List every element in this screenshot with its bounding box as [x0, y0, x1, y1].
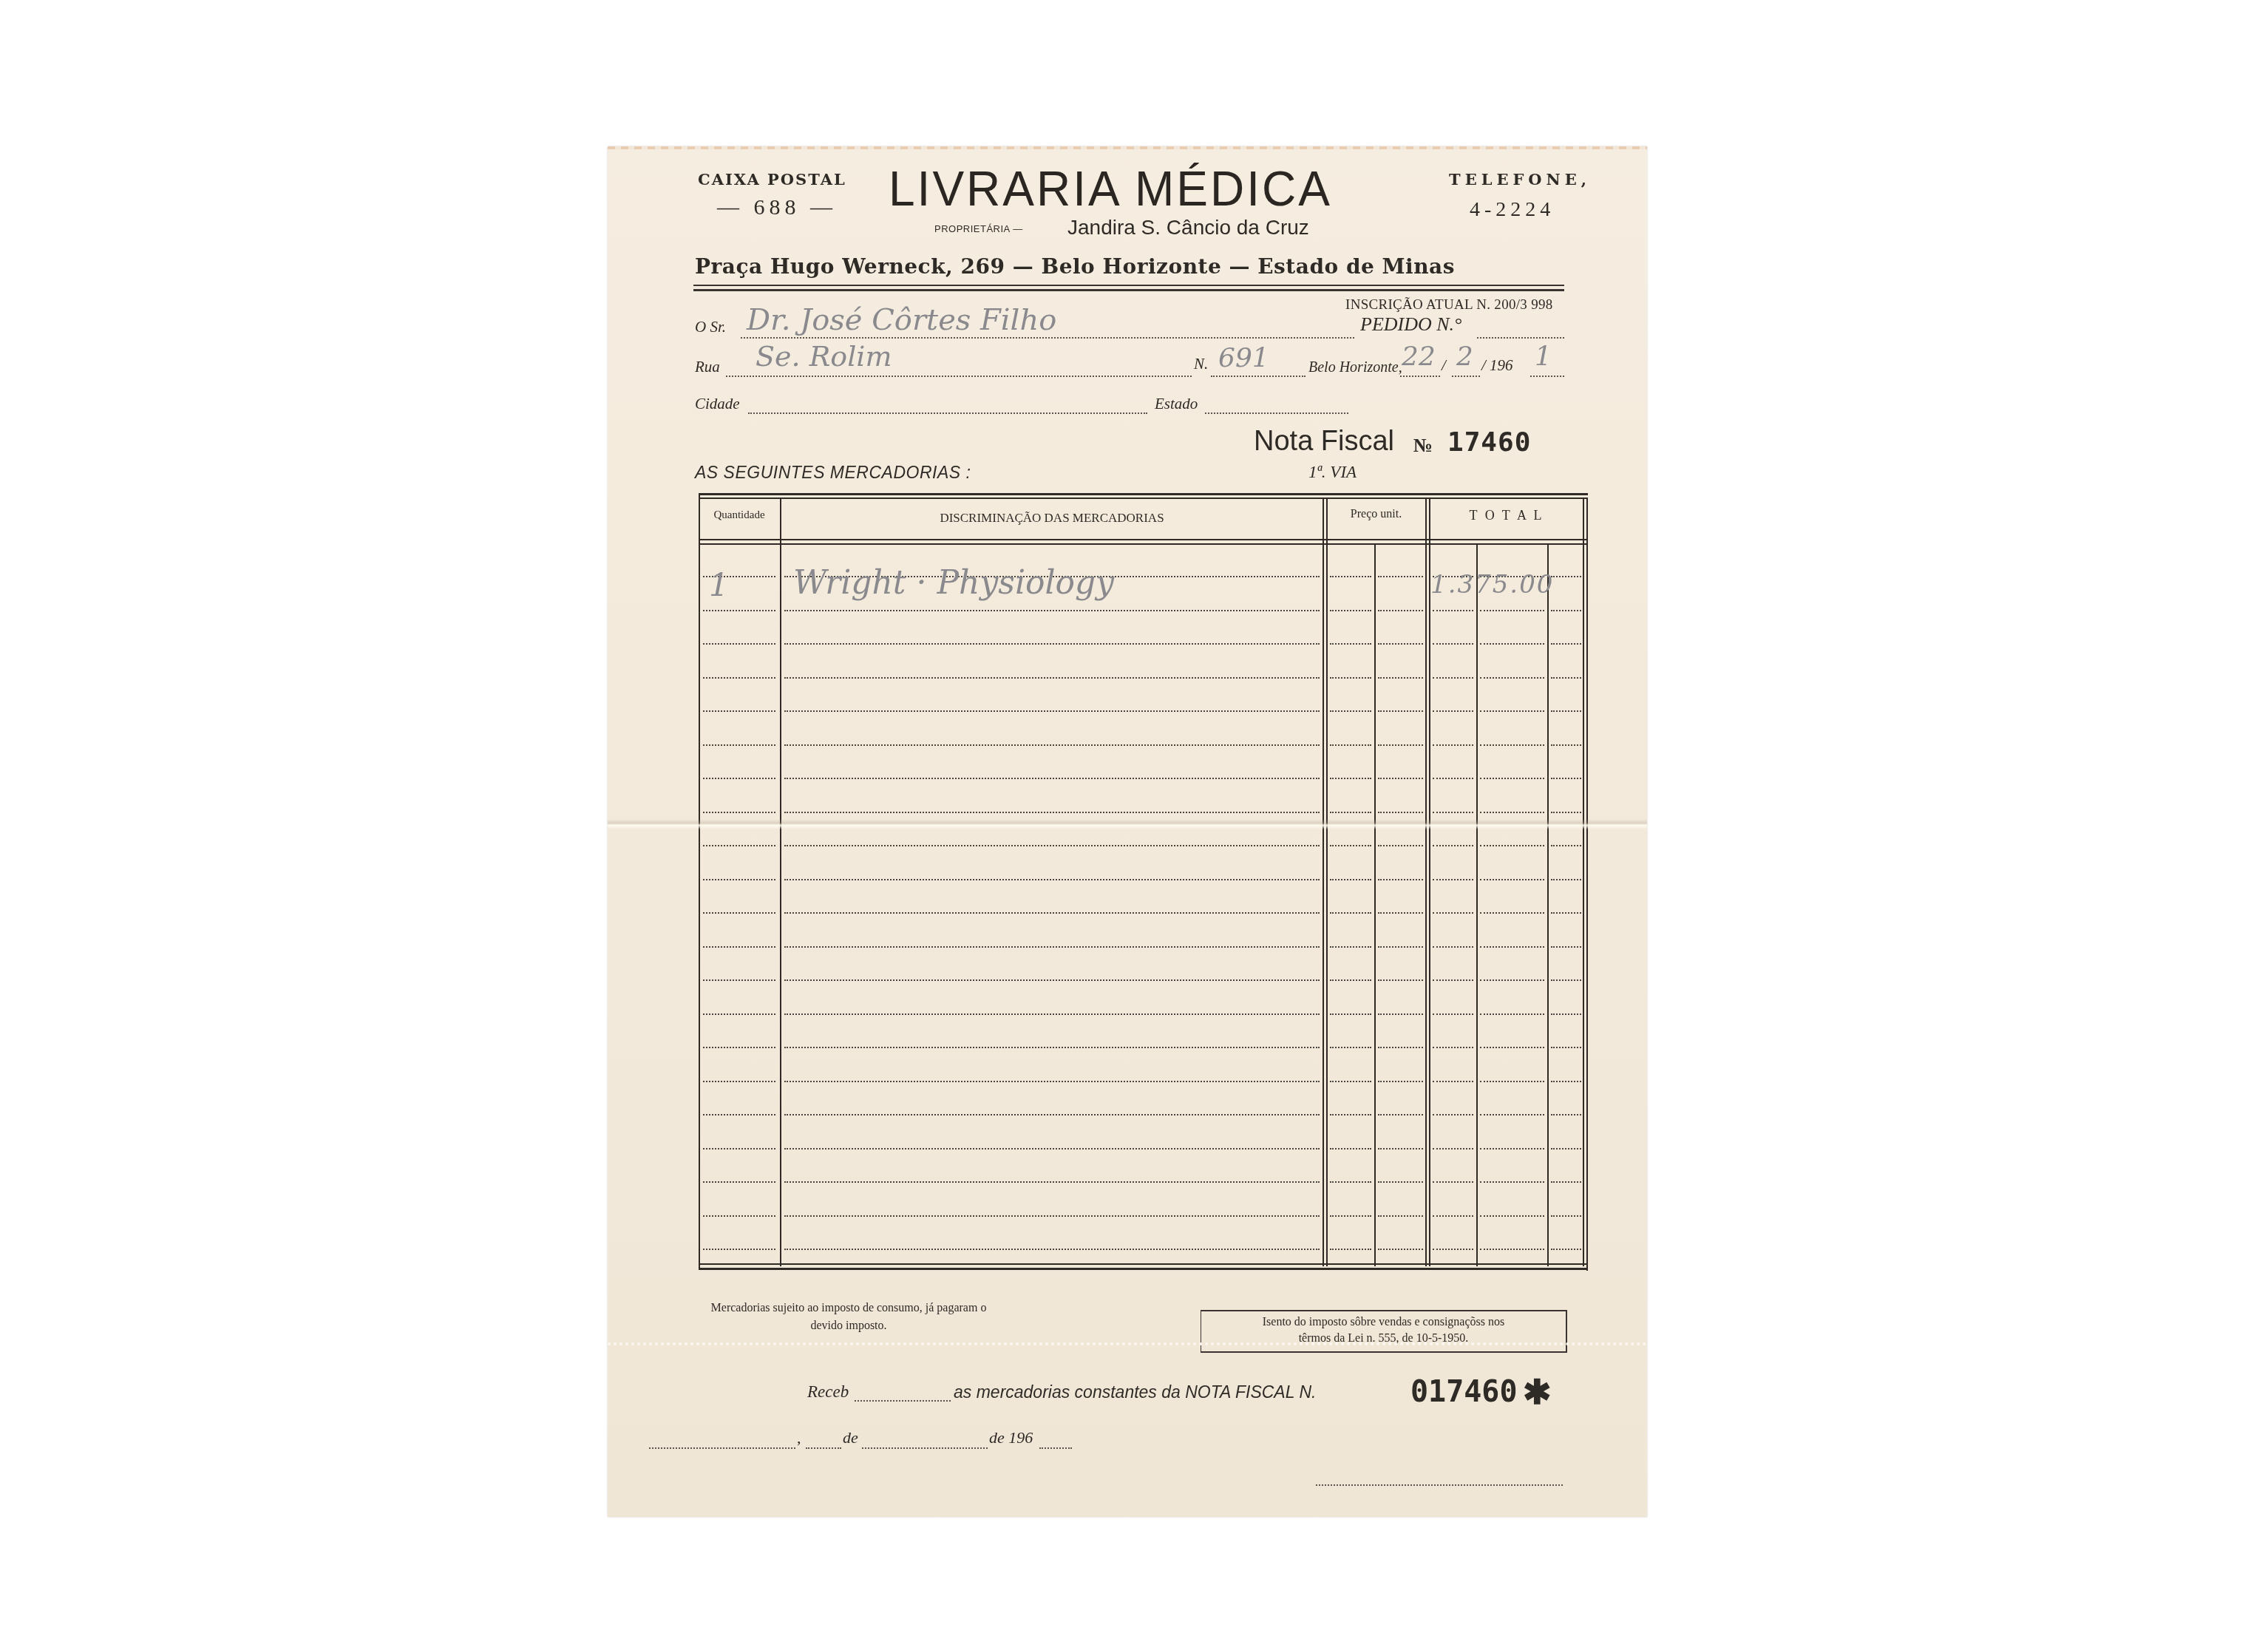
- proprietaria-name: Jandira S. Câncio da Cruz: [1067, 216, 1309, 240]
- table-row-rule: [703, 812, 775, 813]
- header-bottom-border: [699, 539, 1588, 540]
- col-divider-total-sub1: [1476, 543, 1478, 1266]
- table-row-rule: [703, 845, 775, 846]
- table-row-rule: [1480, 1047, 1544, 1048]
- table-row-rule: [784, 946, 1320, 948]
- table-row-rule: [1378, 812, 1423, 813]
- table-row-rule: [784, 1215, 1320, 1217]
- table-right-border-a: [1583, 498, 1584, 1266]
- pedido-label: PEDIDO N.°: [1360, 313, 1462, 336]
- nota-fiscal-label: Nota Fiscal: [1254, 426, 1394, 458]
- table-row-rule: [1433, 1215, 1473, 1217]
- table-row-rule: [784, 677, 1320, 679]
- table-row-rule: [1433, 1114, 1473, 1115]
- signature-line[interactable]: [1316, 1484, 1563, 1486]
- receb-field-line[interactable]: [855, 1400, 951, 1402]
- table-row-rule: [1433, 979, 1473, 981]
- table-left-border: [699, 493, 700, 1269]
- col-divider-desc-a: [1323, 498, 1324, 1266]
- table-row-rule: [1378, 1081, 1423, 1082]
- table-row-rule: [1480, 1215, 1544, 1217]
- table-row-rule: [1433, 1148, 1473, 1149]
- table-row-rule: [784, 1148, 1320, 1149]
- table-row-rule: [1378, 1249, 1423, 1250]
- store-title: LIVRARIA MÉDICA: [889, 160, 1332, 217]
- numero-symbol: №: [1413, 435, 1433, 457]
- isento-box: Isento do imposto sôbre vendas e consign…: [1201, 1310, 1567, 1353]
- table-bottom-border-inner: [699, 1268, 1588, 1270]
- table-row-rule: [703, 979, 775, 981]
- table-row-rule: [1433, 1249, 1473, 1250]
- table-row-rule: [1551, 1249, 1581, 1250]
- table-row-rule: [1551, 1081, 1581, 1082]
- place-field-line[interactable]: [649, 1447, 795, 1449]
- header-total: T O T A L: [1430, 508, 1583, 523]
- table-row-rule: [784, 845, 1320, 846]
- estado-field-line[interactable]: [1205, 412, 1348, 414]
- table-row-rule: [1551, 744, 1581, 746]
- table-row-rule: [1378, 1181, 1423, 1183]
- header-rule-bottom: [693, 289, 1564, 291]
- table-row-rule: [1330, 643, 1371, 645]
- table-row-rule: [1378, 979, 1423, 981]
- table-row-rule: [1378, 879, 1423, 880]
- table-row-rule: [703, 1249, 775, 1250]
- table-row-rule: [1330, 710, 1371, 712]
- table-row-rule: [1551, 1215, 1581, 1217]
- table-row-rule: [1480, 643, 1544, 645]
- comma: ,: [797, 1428, 801, 1447]
- table-row-rule: [1330, 610, 1371, 611]
- table-row-rule: [1330, 576, 1371, 577]
- table-row-rule: [1551, 1114, 1581, 1115]
- table-row-rule: [1433, 677, 1473, 679]
- de-label-1: de: [843, 1428, 858, 1447]
- cidade-label: Cidade: [695, 395, 740, 413]
- table-row-rule: [1330, 1081, 1371, 1082]
- table-row-rule: [1330, 946, 1371, 948]
- table-row-rule: [1433, 812, 1473, 813]
- table-row-rule: [1551, 610, 1581, 611]
- sr-label: O Sr.: [695, 318, 726, 336]
- merchandise-table: Quantidade DISCRIMINAÇÃO DAS MERCADORIAS…: [699, 493, 1588, 1432]
- table-row-rule: [703, 710, 775, 712]
- table-row-rule: [1378, 1114, 1423, 1115]
- table-row-rule: [1480, 677, 1544, 679]
- table-row-rule: [1480, 812, 1544, 813]
- date-month-value[interactable]: 2: [1456, 342, 1473, 372]
- table-row-rule: [1551, 879, 1581, 880]
- table-row-rule: [1330, 1181, 1371, 1183]
- header-rule-top: [693, 285, 1564, 286]
- pedido-field-line[interactable]: [1477, 337, 1564, 339]
- table-row-rule: [1378, 1047, 1423, 1048]
- table-row-rule: [1330, 1148, 1371, 1149]
- table-row-rule: [1480, 1114, 1544, 1115]
- table-row-rule: [1433, 1013, 1473, 1015]
- table-row-rule: [703, 1081, 775, 1082]
- date-year-value[interactable]: 1: [1535, 342, 1552, 372]
- table-row-rule: [1551, 1047, 1581, 1048]
- table-row-rule: [1551, 778, 1581, 779]
- table-row-rule: [784, 912, 1320, 914]
- table-row-rule: [1378, 845, 1423, 846]
- table-row-rule: [784, 879, 1320, 880]
- rua-field-value[interactable]: Se. Rolim: [756, 340, 892, 373]
- table-row-rule: [1433, 643, 1473, 645]
- table-row-rule: [1378, 1148, 1423, 1149]
- table-row-rule: [1433, 845, 1473, 846]
- month-field-line[interactable]: [862, 1447, 988, 1449]
- table-row-rule: [1330, 812, 1371, 813]
- numero-field-line[interactable]: [1211, 376, 1306, 377]
- table-row-rule: [703, 879, 775, 880]
- table-row-rule: [1551, 710, 1581, 712]
- paper-fold: [608, 819, 1647, 829]
- table-row-rule: [1330, 912, 1371, 914]
- estado-label: Estado: [1155, 395, 1198, 413]
- table-row-rule: [1433, 912, 1473, 914]
- day-field-line[interactable]: [806, 1447, 841, 1449]
- caixa-postal-number: — 688 —: [717, 195, 837, 220]
- numero-label: N.: [1194, 355, 1208, 373]
- table-row-rule: [784, 1013, 1320, 1015]
- perforation-line: [608, 1342, 1647, 1345]
- table-row-rule: [784, 1249, 1320, 1250]
- table-row-rule: [784, 1181, 1320, 1183]
- date-year-prefix: / 196: [1481, 356, 1513, 375]
- header-bottom-border-inner: [699, 543, 1588, 545]
- table-bottom-border: [699, 1263, 1588, 1265]
- table-row-rule: [1480, 912, 1544, 914]
- table-row-rule: [1433, 744, 1473, 746]
- sr-field-line[interactable]: [741, 337, 1354, 339]
- col-divider-preco-sub: [1374, 543, 1376, 1266]
- table-row-rule: [1433, 946, 1473, 948]
- table-row-rule: [1480, 610, 1544, 611]
- city-date-label: Belo Horizonte,: [1308, 359, 1402, 376]
- table-row-rule: [1551, 946, 1581, 948]
- table-row-rule: [1551, 1013, 1581, 1015]
- table-row-rule: [1480, 710, 1544, 712]
- table-row-rule: [703, 778, 775, 779]
- table-row-rule: [784, 744, 1320, 746]
- item-descricao[interactable]: Wright · Physiology: [793, 564, 1114, 602]
- table-row-rule: [1551, 979, 1581, 981]
- date-year-line[interactable]: [1530, 376, 1564, 377]
- table-row-rule: [703, 677, 775, 679]
- via-label: 1ª. VIA: [1308, 463, 1357, 482]
- table-row-rule: [1433, 610, 1473, 611]
- table-row-rule: [784, 1081, 1320, 1082]
- table-row-rule: [1330, 677, 1371, 679]
- table-row-rule: [1480, 1081, 1544, 1082]
- table-row-rule: [1330, 1013, 1371, 1015]
- item-total[interactable]: 1.375.00: [1430, 570, 1554, 600]
- table-row-rule: [1480, 979, 1544, 981]
- table-row-rule: [1378, 1013, 1423, 1015]
- table-row-rule: [703, 946, 775, 948]
- seguintes-mercadorias-label: AS SEGUINTES MERCADORIAS :: [695, 463, 971, 483]
- sr-field-value[interactable]: Dr. José Côrtes Filho: [747, 303, 1056, 337]
- nota-fiscal-number: 17460: [1447, 427, 1531, 458]
- de-196-label: de 196: [989, 1428, 1033, 1447]
- date-day-value[interactable]: 22: [1402, 342, 1436, 372]
- table-row-rule: [784, 610, 1320, 611]
- table-row-rule: [784, 979, 1320, 981]
- table-row-rule: [1480, 946, 1544, 948]
- col-divider-total-a: [1425, 498, 1427, 1266]
- table-row-rule: [1330, 979, 1371, 981]
- imposto-consumo-note: Mercadorias sujeito ao imposto de consum…: [693, 1300, 1004, 1335]
- table-row-rule: [784, 778, 1320, 779]
- table-row-rule: [1480, 744, 1544, 746]
- table-row-rule: [1433, 1181, 1473, 1183]
- table-row-rule: [1378, 677, 1423, 679]
- table-row-rule: [784, 710, 1320, 712]
- table-row-rule: [1330, 1047, 1371, 1048]
- table-row-rule: [1330, 879, 1371, 880]
- table-row-rule: [1551, 677, 1581, 679]
- table-row-rule: [1378, 744, 1423, 746]
- table-row-rule: [1330, 1114, 1371, 1115]
- table-row-rule: [703, 1215, 775, 1217]
- table-row-rule: [1480, 845, 1544, 846]
- table-row-rule: [1378, 912, 1423, 914]
- table-row-rule: [1480, 778, 1544, 779]
- col-divider-quantidade: [780, 498, 781, 1266]
- caixa-postal-label: CAIXA POSTAL: [698, 170, 846, 189]
- table-row-rule: [1480, 1181, 1544, 1183]
- table-row-rule: [1551, 812, 1581, 813]
- table-top-border-inner: [699, 498, 1588, 499]
- header-discriminacao: DISCRIMINAÇÃO DAS MERCADORIAS: [781, 511, 1323, 526]
- table-row-rule: [1551, 643, 1581, 645]
- table-row-rule: [1330, 1249, 1371, 1250]
- col-divider-desc-b: [1326, 498, 1328, 1266]
- table-row-rule: [703, 912, 775, 914]
- col-divider-total-sub2: [1547, 543, 1549, 1266]
- receb-label: Receb: [807, 1382, 849, 1402]
- rua-label: Rua: [695, 358, 720, 376]
- table-row-rule: [1378, 710, 1423, 712]
- asterisk-icon: ✱: [1523, 1372, 1552, 1412]
- table-row-rule: [1378, 778, 1423, 779]
- telefone-number: 4-2224: [1470, 198, 1555, 222]
- table-row-rule: [1480, 1148, 1544, 1149]
- table-row-rule: [703, 1013, 775, 1015]
- table-row-rule: [1378, 1215, 1423, 1217]
- table-row-rule: [1480, 1249, 1544, 1250]
- table-row-rule: [1551, 1181, 1581, 1183]
- table-row-rule: [1433, 1081, 1473, 1082]
- table-row-rule: [784, 812, 1320, 813]
- date-month-line[interactable]: [1452, 376, 1480, 377]
- table-row-rule: [1551, 912, 1581, 914]
- invoice-paper: CAIXA POSTAL — 688 — LIVRARIA MÉDICA PRO…: [608, 146, 1647, 1517]
- numero-field-value[interactable]: 691: [1218, 343, 1269, 373]
- header-preco-unit: Preço unit.: [1327, 508, 1425, 521]
- receb-text: as mercadorias constantes da NOTA FISCAL…: [954, 1382, 1316, 1402]
- table-row-rule: [1433, 1047, 1473, 1048]
- table-row-rule: [1330, 845, 1371, 846]
- table-row-rule: [1551, 576, 1581, 577]
- proprietaria-label: PROPRIETÁRIA —: [934, 223, 1023, 234]
- table-row-rule: [1378, 946, 1423, 948]
- table-row-rule: [703, 1181, 775, 1183]
- header-quantidade: Quantidade: [699, 509, 780, 522]
- table-row-rule: [1378, 643, 1423, 645]
- table-row-rule: [703, 1047, 775, 1048]
- table-row-rule: [1433, 879, 1473, 880]
- year-field-line[interactable]: [1039, 1447, 1072, 1449]
- table-row-rule: [703, 1148, 775, 1149]
- table-row-rule: [1330, 1215, 1371, 1217]
- item-quantidade[interactable]: 1: [709, 567, 729, 603]
- table-row-rule: [1551, 1148, 1581, 1149]
- date-separator: /: [1442, 356, 1446, 375]
- table-row-rule: [784, 1114, 1320, 1115]
- table-row-rule: [784, 1047, 1320, 1048]
- table-row-rule: [703, 610, 775, 611]
- table-row-rule: [1378, 610, 1423, 611]
- table-row-rule: [784, 643, 1320, 645]
- table-row-rule: [1433, 778, 1473, 779]
- receb-nota-number: 017460: [1410, 1375, 1518, 1409]
- inscricao-estadual: INSCRIÇÃO ATUAL N. 200/3 998: [1345, 297, 1553, 313]
- table-row-rule: [703, 1114, 775, 1115]
- table-row-rule: [1551, 845, 1581, 846]
- table-row-rule: [1480, 1013, 1544, 1015]
- isento-line-1: Isento do imposto sôbre vendas e consign…: [1201, 1314, 1566, 1331]
- table-row-rule: [1378, 576, 1423, 577]
- table-top-border: [699, 493, 1588, 495]
- table-row-rule: [1330, 744, 1371, 746]
- col-divider-total-b: [1429, 498, 1430, 1266]
- table-row-rule: [1480, 879, 1544, 880]
- table-right-border-b: [1586, 498, 1588, 1271]
- table-row-rule: [703, 744, 775, 746]
- table-row-rule: [703, 643, 775, 645]
- telefone-label: TELEFONE,: [1449, 170, 1591, 189]
- cidade-field-line[interactable]: [748, 412, 1147, 414]
- table-row-rule: [1330, 778, 1371, 779]
- rua-field-line[interactable]: [726, 376, 1192, 377]
- store-address: Praça Hugo Werneck, 269 — Belo Horizonte…: [695, 254, 1455, 279]
- table-row-rule: [1433, 710, 1473, 712]
- date-day-line[interactable]: [1400, 376, 1440, 377]
